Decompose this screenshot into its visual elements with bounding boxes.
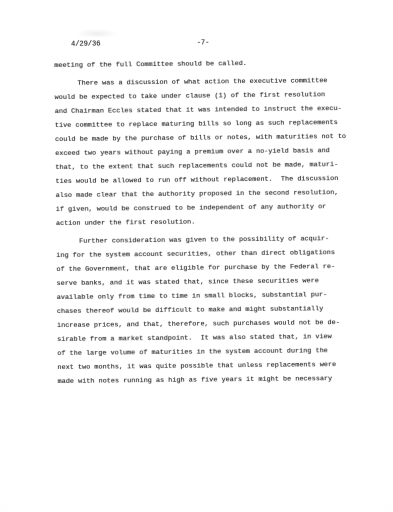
text-line: made with notes running as high as five …: [58, 372, 356, 389]
doc-header: 4/29/36 -7-: [54, 35, 352, 52]
paragraph: Further consideration was given to the p…: [56, 232, 356, 389]
paragraph: meeting of the full Committee should be …: [54, 56, 352, 73]
text-line: meeting of the full Committee should be …: [54, 56, 352, 73]
page-number: -7-: [54, 35, 352, 52]
paragraph: There was a discussion of what action th…: [54, 74, 354, 231]
text-block: 4/29/36 -7- meeting of the full Committe…: [54, 35, 356, 389]
text-line: action under the first resolution.: [56, 214, 354, 231]
scanned-document-page: 4/29/36 -7- meeting of the full Committe…: [0, 0, 393, 512]
